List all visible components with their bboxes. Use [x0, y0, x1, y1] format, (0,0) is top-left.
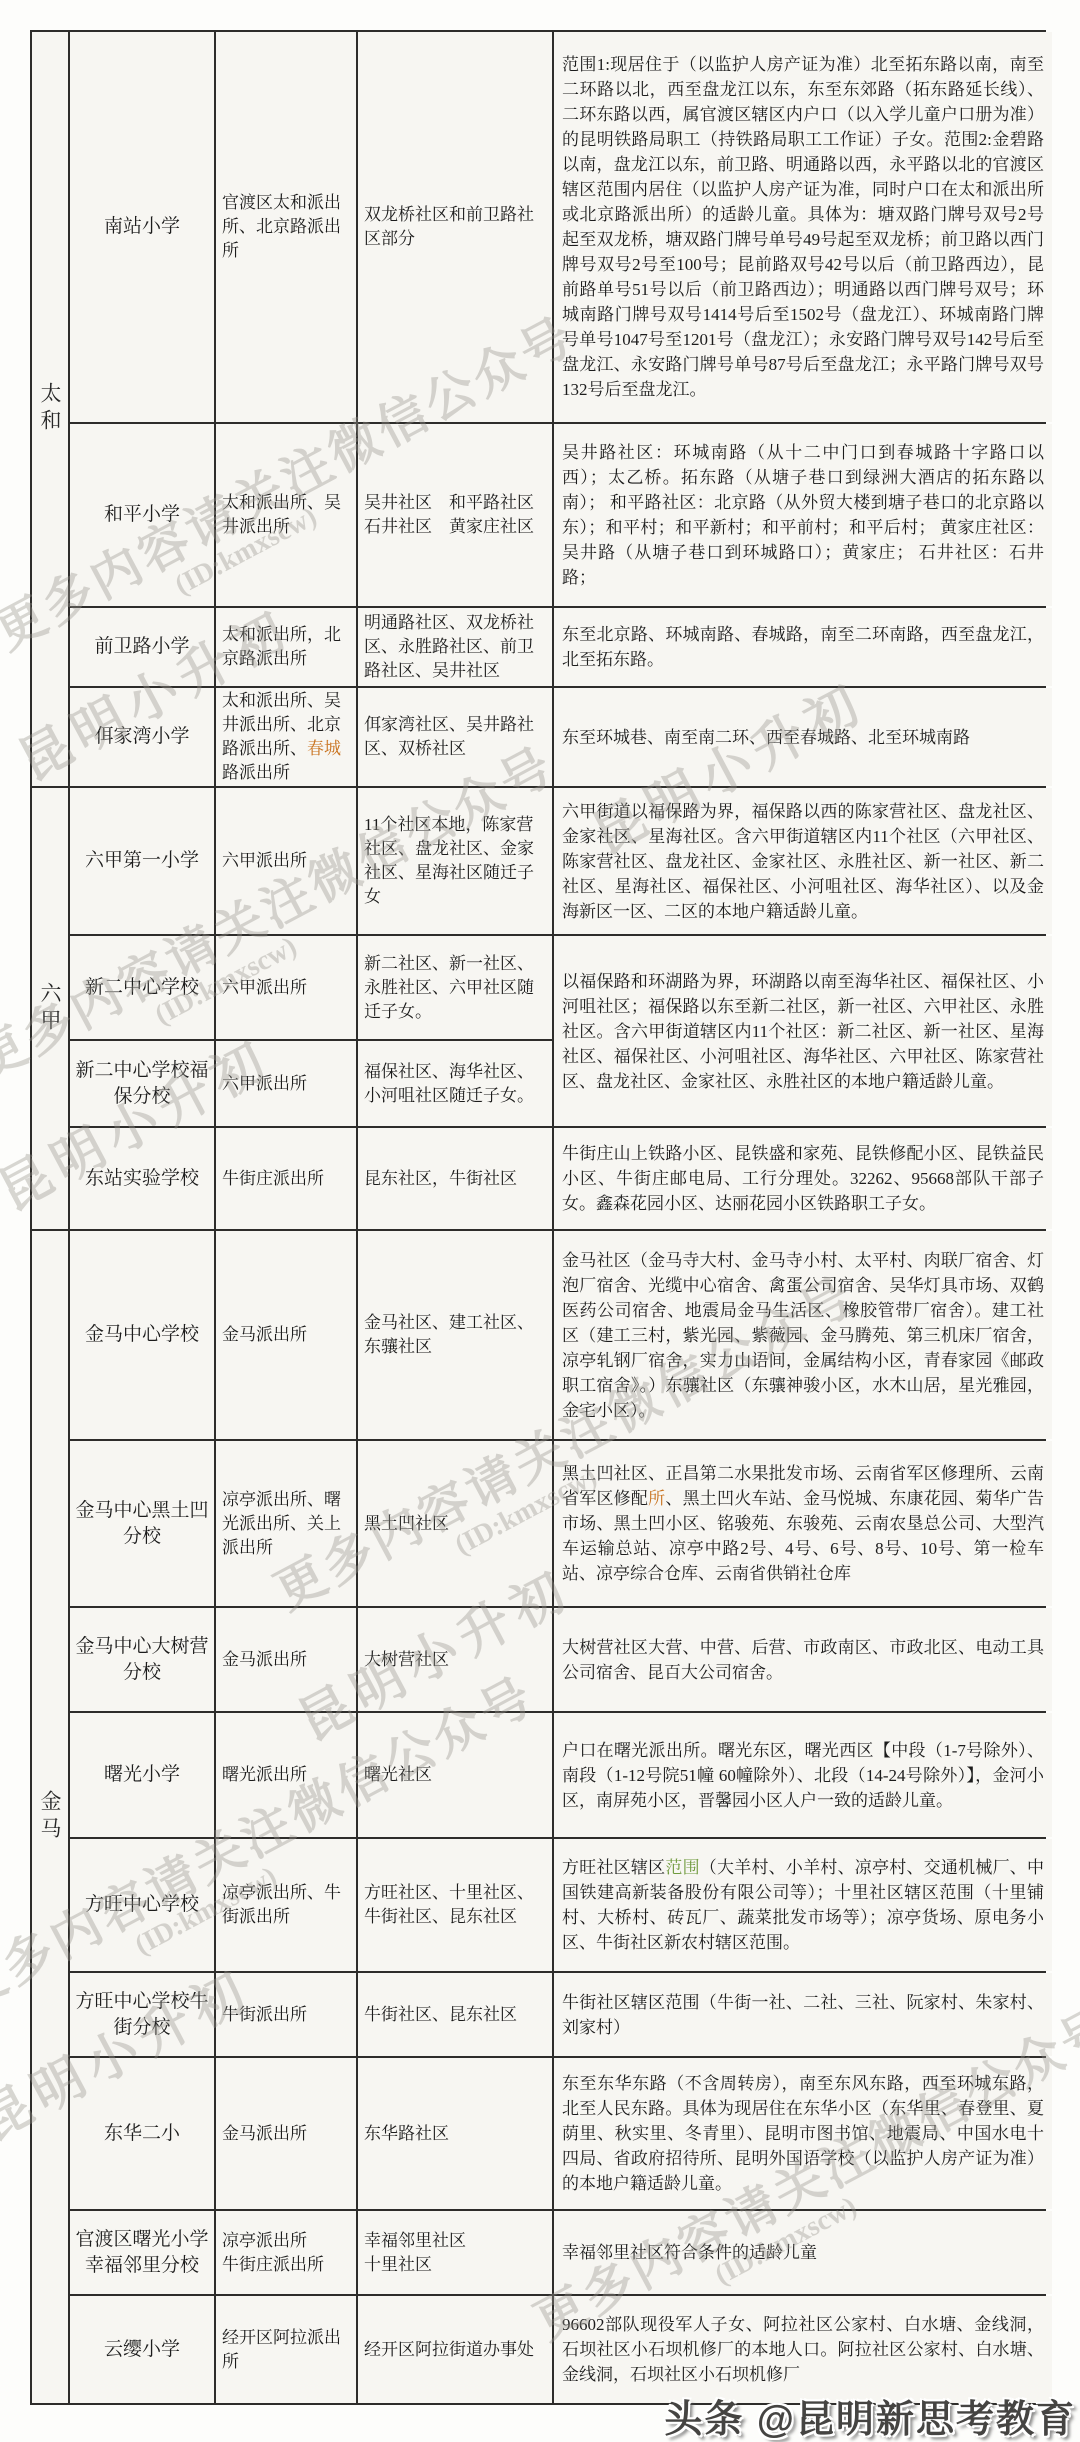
- enrollment-scope-cell: 六甲街道以福保路为界，福保路以西的陈家营社区、盘龙社区、金家社区、星海社区。含六…: [554, 788, 1052, 934]
- enrollment-scope-cell: 户口在曙光派出所。曙光东区，曙光西区【中段（1-7号除外）、南段（1-12号院5…: [554, 1713, 1052, 1837]
- police-station-cell: 金马派出所: [216, 2058, 356, 2209]
- communities-cell: 11个社区本地，陈家营社区、盘龙社区、金家社区、星海社区随迁子女: [358, 788, 552, 934]
- enrollment-scope-cell: 牛街庄山上铁路小区、昆铁盛和家苑、昆铁修配小区、昆铁益民小区、牛街庄邮电局、工行…: [554, 1128, 1052, 1229]
- enrollment-scope-cell: 黑土凹社区、正昌第二水果批发市场、云南省军区修理所、云南省军区修配所、黑土凹火车…: [554, 1441, 1052, 1606]
- police-station-cell: 六甲派出所: [216, 936, 356, 1039]
- school-name-cell: 佴家湾小学: [70, 688, 214, 786]
- enrollment-scope-cell: 东至北京路、环城南路、春城路，南至二环南路，西至盘龙江，北至拓东路。: [554, 608, 1052, 686]
- school-name-cell: 前卫路小学: [70, 608, 214, 686]
- communities-cell: 新二社区、新一社区、永胜社区、六甲社区随迁子女。: [358, 936, 552, 1039]
- communities-cell: 福保社区、海华社区、小河咀社区随迁子女。: [358, 1041, 552, 1126]
- school-name-cell: 金马中心学校: [70, 1231, 214, 1439]
- police-station-cell: 太和派出所，北京路派出所: [216, 608, 356, 686]
- police-station-cell: 凉亭派出所、牛街派出所: [216, 1839, 356, 1971]
- enrollment-scope-cell: 吴井路社区：环城南路（从十二中门口到春城路十字路口以西）；太乙桥。拓东路（从塘子…: [554, 424, 1052, 606]
- police-station-cell: 金马派出所: [216, 1608, 356, 1711]
- communities-cell: 佴家湾社区、吴井路社区、双桥社区: [358, 688, 552, 786]
- communities-cell: 经开区阿拉街道办事处: [358, 2296, 552, 2403]
- district-cell: 金马: [32, 1231, 68, 2403]
- enrollment-scope-cell: 以福保路和环湖路为界，环湖路以南至海华社区、福保社区、小河咀社区；福保路以东至新…: [554, 936, 1052, 1126]
- enrollment-scope-cell: 96602部队现役军人子女、阿拉社区公家村、白水塘、金线洞，石坝社区小石坝机修厂…: [554, 2296, 1052, 2403]
- enrollment-scope-cell: 范围1:现居住于（以监护人房产证为准）北至拓东路以南，南至二环路以北，西至盘龙江…: [554, 32, 1052, 422]
- enrollment-scope-cell: 东至东华东路（不含周转房），南至东风东路，西至环城东路，北至人民东路。具体为现居…: [554, 2058, 1052, 2209]
- communities-cell: 曙光社区: [358, 1713, 552, 1837]
- enrollment-scope-cell: 幸福邻里社区符合条件的适龄儿童: [554, 2211, 1052, 2294]
- enrollment-scope-cell: 牛街社区辖区范围（牛街一社、二社、三社、阮家村、朱家村、刘家村）: [554, 1973, 1052, 2056]
- school-name-cell: 云缨小学: [70, 2296, 214, 2403]
- communities-cell: 东华路社区: [358, 2058, 552, 2209]
- footer-watermark: 头条 @昆明新思考教育: [664, 2388, 1076, 2442]
- police-station-cell: 牛街派出所: [216, 1973, 356, 2056]
- school-name-cell: 曙光小学: [70, 1713, 214, 1837]
- enrollment-scope-cell: 东至环城巷、南至南二环、西至春城路、北至环城南路: [554, 688, 1052, 786]
- districts-table: 太和六甲金马南站小学官渡区太和派出所、北京路派出所双龙桥社区和前卫路社区部分范围…: [30, 30, 1046, 2405]
- school-name-cell: 方旺中心学校: [70, 1839, 214, 1971]
- school-name-cell: 东站实验学校: [70, 1128, 214, 1229]
- communities-cell: 幸福邻里社区 十里社区: [358, 2211, 552, 2294]
- enrollment-scope-cell: 方旺社区辖区范围（大羊村、小羊村、凉亭村、交通机械厂、中国铁建高新装备股份有限公…: [554, 1839, 1052, 1971]
- scanned-school-district-table-page: 太和六甲金马南站小学官渡区太和派出所、北京路派出所双龙桥社区和前卫路社区部分范围…: [0, 0, 1080, 2442]
- communities-cell: 方旺社区、十里社区、牛街社区、昆东社区: [358, 1839, 552, 1971]
- communities-cell: 黑土凹社区: [358, 1441, 552, 1606]
- enrollment-scope-cell: 大树营社区大营、中营、后营、市政南区、市政北区、电动工具公司宿舍、昆百大公司宿舍…: [554, 1608, 1052, 1711]
- school-name-cell: 金马中心大树营分校: [70, 1608, 214, 1711]
- police-station-cell: 六甲派出所: [216, 788, 356, 934]
- district-cell: 六甲: [32, 788, 68, 1229]
- school-name-cell: 方旺中心学校牛街分校: [70, 1973, 214, 2056]
- district-cell: 太和: [32, 32, 68, 786]
- police-station-cell: 凉亭派出所 牛街庄派出所: [216, 2211, 356, 2294]
- school-name-cell: 官渡区曙光小学幸福邻里分校: [70, 2211, 214, 2294]
- communities-cell: 大树营社区: [358, 1608, 552, 1711]
- communities-cell: 双龙桥社区和前卫路社区部分: [358, 32, 552, 422]
- police-station-cell: 经开区阿拉派出所: [216, 2296, 356, 2403]
- police-station-cell: 六甲派出所: [216, 1041, 356, 1126]
- communities-cell: 金马社区、建工社区、东骧社区: [358, 1231, 552, 1439]
- enrollment-scope-cell: 金马社区（金马寺大村、金马寺小村、太平村、肉联厂宿舍、灯泡厂宿舍、光缆中心宿舍、…: [554, 1231, 1052, 1439]
- police-station-cell: 金马派出所: [216, 1231, 356, 1439]
- communities-cell: 昆东社区，牛街社区: [358, 1128, 552, 1229]
- communities-cell: 吴井社区 和平路社区 石井社区 黄家庄社区: [358, 424, 552, 606]
- police-station-cell: 曙光派出所: [216, 1713, 356, 1837]
- communities-cell: 明通路社区、双龙桥社区、永胜路社区、前卫路社区、吴井社区: [358, 608, 552, 686]
- school-name-cell: 和平小学: [70, 424, 214, 606]
- school-name-cell: 新二中心学校福保分校: [70, 1041, 214, 1126]
- police-station-cell: 太和派出所、吴井派出所、北京路派出所、春城路派出所: [216, 688, 356, 786]
- school-name-cell: 金马中心黑土凹分校: [70, 1441, 214, 1606]
- school-name-cell: 南站小学: [70, 32, 214, 422]
- police-station-cell: 牛街庄派出所: [216, 1128, 356, 1229]
- school-name-cell: 东华二小: [70, 2058, 214, 2209]
- school-name-cell: 新二中心学校: [70, 936, 214, 1039]
- police-station-cell: 太和派出所、吴井派出所: [216, 424, 356, 606]
- police-station-cell: 凉亭派出所、曙光派出所、关上派出所: [216, 1441, 356, 1606]
- communities-cell: 牛街社区、昆东社区: [358, 1973, 552, 2056]
- school-name-cell: 六甲第一小学: [70, 788, 214, 934]
- police-station-cell: 官渡区太和派出所、北京路派出所: [216, 32, 356, 422]
